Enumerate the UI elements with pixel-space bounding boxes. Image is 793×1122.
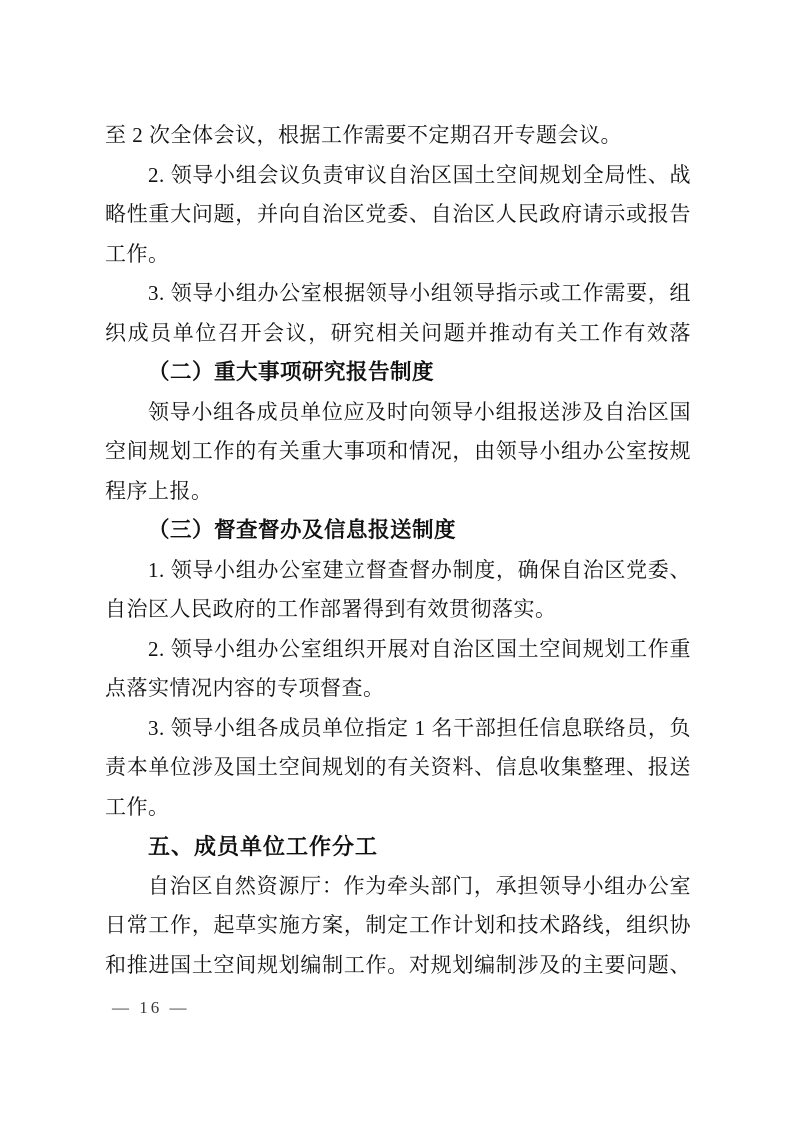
text-line: 空间规划工作的有关重大事项和情况，由领导小组办公室按规定 [105, 432, 691, 472]
text-line: 领导小组各成员单位应及时向领导小组报送涉及自治区国土 [105, 393, 691, 433]
text-line: 自治区自然资源厅：作为牵头部门，承担领导小组办公室的 [105, 867, 691, 907]
text-line: 至 2 次全体会议，根据工作需要不定期召开专题会议。 [105, 116, 691, 156]
heading-line: 五、成员单位工作分工 [105, 827, 691, 867]
text-line: 1. 领导小组办公室建立督查督办制度，确保自治区党委、 [105, 551, 691, 591]
text-line: 工作。 [105, 235, 691, 275]
text-line: 点落实情况内容的专项督查。 [105, 669, 691, 709]
text-line: 日常工作，起草实施方案，制定工作计划和技术路线，组织协调 [105, 906, 691, 946]
heading-line: （三）督查督办及信息报送制度 [105, 511, 691, 551]
page-footer: — 16 — [112, 998, 190, 1018]
heading-line: （二）重大事项研究报告制度 [105, 353, 691, 393]
text-line: 3. 领导小组各成员单位指定 1 名干部担任信息联络员，负 [105, 709, 691, 749]
text-line: 略性重大问题，并向自治区党委、自治区人民政府请示或报告 [105, 195, 691, 235]
page-number: — 16 — [112, 998, 190, 1017]
text-line: 2. 领导小组办公室组织开展对自治区国土空间规划工作重 [105, 630, 691, 670]
text-line: 和推进国土空间规划编制工作。对规划编制涉及的主要问题、进 [105, 946, 691, 986]
text-line: 工作。 [105, 788, 691, 828]
text-line: 自治区人民政府的工作部署得到有效贯彻落实。 [105, 590, 691, 630]
text-line: 程序上报。 [105, 472, 691, 512]
document-body: 至 2 次全体会议，根据工作需要不定期召开专题会议。2. 领导小组会议负责审议自… [105, 116, 691, 985]
text-line: 织成员单位召开会议，研究相关问题并推动有关工作有效落实。 [105, 314, 691, 354]
text-line: 责本单位涉及国土空间规划的有关资料、信息收集整理、报送等 [105, 748, 691, 788]
document-page: 至 2 次全体会议，根据工作需要不定期召开专题会议。2. 领导小组会议负责审议自… [0, 0, 793, 1122]
text-line: 2. 领导小组会议负责审议自治区国土空间规划全局性、战 [105, 156, 691, 196]
text-line: 3. 领导小组办公室根据领导小组领导指示或工作需要，组 [105, 274, 691, 314]
